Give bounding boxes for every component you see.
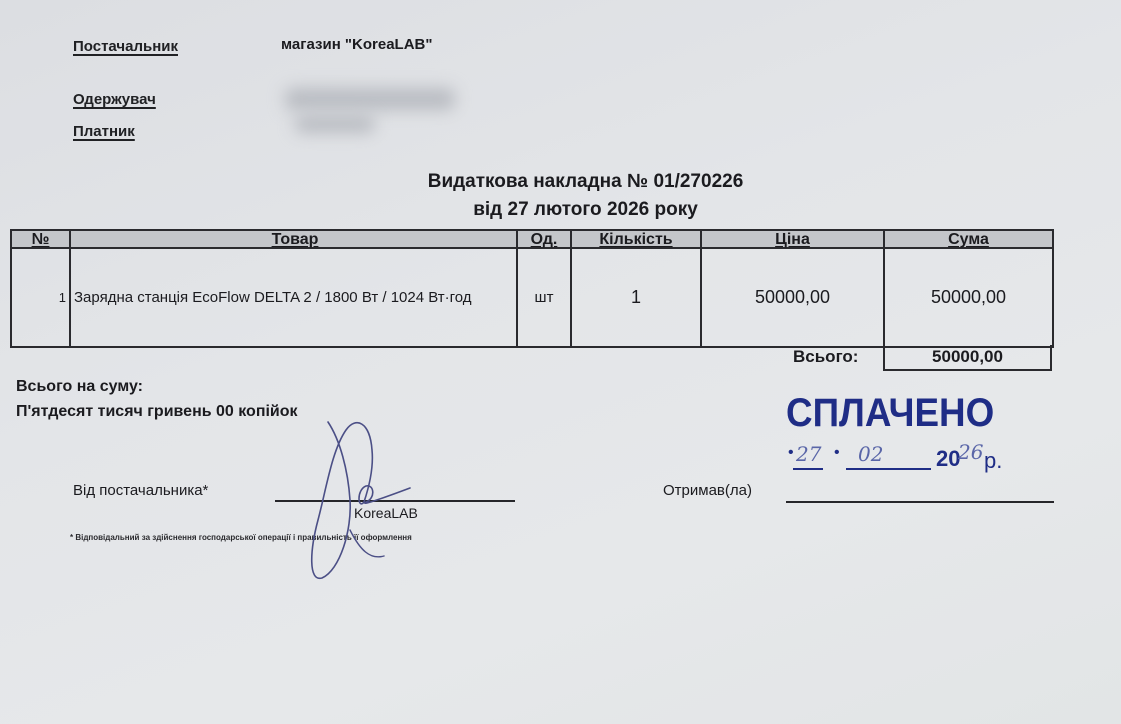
payer-label: Платник bbox=[73, 123, 135, 140]
receiver-signature-label: Отримав(ла) bbox=[663, 482, 752, 499]
goods-table: № Товар Од. Кількість Ціна Сума 1 Зарядн… bbox=[10, 229, 1054, 348]
total-label: Всього: bbox=[793, 347, 858, 367]
stamp-year-suffix: 26 bbox=[958, 440, 983, 464]
header-qty: Кількість bbox=[571, 230, 701, 248]
stamp-month: 02 bbox=[858, 442, 883, 466]
stamp-date: • 27 • 02 20 26 р. bbox=[788, 442, 1018, 472]
row-sum: 50000,00 bbox=[884, 248, 1053, 347]
table-row: 1 Зарядна станція EcoFlow DELTA 2 / 1800… bbox=[11, 248, 1053, 347]
header-price: Ціна bbox=[701, 230, 884, 248]
redacted-payer bbox=[295, 115, 375, 133]
row-unit: шт bbox=[517, 248, 571, 347]
stamp-suffix: р. bbox=[984, 448, 1002, 474]
row-price: 50000,00 bbox=[701, 248, 884, 347]
table-header-row: № Товар Од. Кількість Ціна Сума bbox=[11, 230, 1053, 248]
row-qty: 1 bbox=[571, 248, 701, 347]
header-unit: Од. bbox=[517, 230, 571, 248]
document-title: Видаткова накладна № 01/270226 bbox=[0, 168, 1121, 195]
header-sum: Сума bbox=[884, 230, 1053, 248]
amount-words-label: Всього на суму: bbox=[16, 374, 143, 399]
receiver-signature-line bbox=[786, 501, 1054, 503]
handwritten-signature bbox=[300, 410, 430, 590]
amount-words-text: П'ятдесят тисяч гривень 00 копійок bbox=[16, 399, 298, 424]
row-num: 1 bbox=[11, 248, 70, 347]
stamp-day: 27 bbox=[796, 442, 821, 466]
paid-stamp: СПЛАЧЕНО bbox=[786, 391, 994, 436]
header-name: Товар bbox=[70, 230, 517, 248]
row-name: Зарядна станція EcoFlow DELTA 2 / 1800 В… bbox=[70, 248, 517, 347]
stamp-year-prefix: 20 bbox=[936, 446, 960, 472]
supplier-signature-label: Від постачальника* bbox=[73, 482, 208, 499]
supplier-label: Постачальник bbox=[73, 38, 178, 55]
header-num: № bbox=[11, 230, 70, 248]
recipient-label: Одержувач bbox=[73, 91, 156, 108]
document-date: від 27 лютого 2026 року bbox=[0, 196, 1121, 223]
redacted-recipient bbox=[285, 88, 455, 110]
supplier-value: магазин "KoreaLAB" bbox=[281, 36, 433, 53]
total-value: 50000,00 bbox=[883, 345, 1052, 371]
